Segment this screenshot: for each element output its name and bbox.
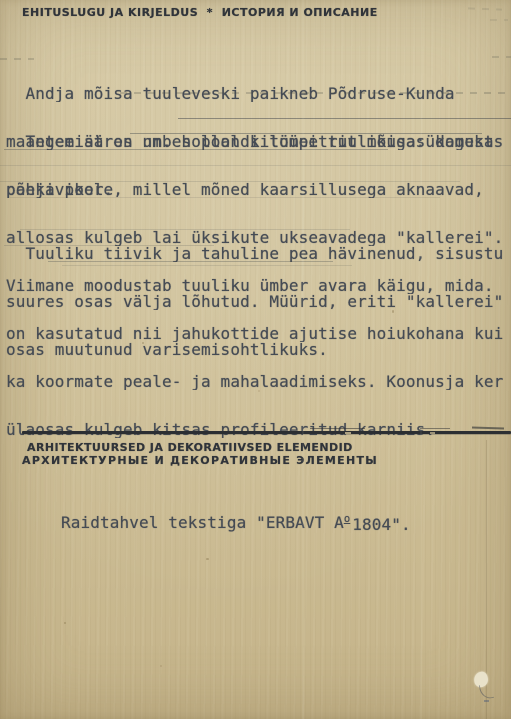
paper-speck: [160, 665, 162, 667]
pencil-marks: [468, 7, 502, 10]
typed-line: Andja mõisa tuuleveski paikneb Põdruse-K…: [6, 86, 494, 102]
ink-fleck: [484, 700, 489, 702]
faint-dashes: [492, 56, 511, 58]
section-header-arhitektuursed-ru: АРХИТЕКТУРНЫЕ И ДЕКОРАТИВНЫЕ ЭЛЕМЕНТЫ: [22, 454, 378, 467]
paper-speck: [64, 622, 66, 624]
inscription-year: 1804".: [352, 515, 411, 534]
typed-line: osas muutunud varisemisohtlikuks.: [6, 342, 503, 358]
inscription-text: Raidtahvel tekstiga "ERBAVT A: [61, 513, 344, 532]
paragraph-condition: Tuuliku tiivik ja tahuline pea hävinenud…: [6, 214, 503, 390]
pencil-curl-mark: [479, 683, 494, 700]
typed-line: paekivikere, millel mõned kaarsillusega …: [6, 182, 503, 198]
paper-speck: [206, 558, 209, 560]
typed-line: Tuuliku tiivik ja tahuline pea hävinenud…: [6, 246, 503, 262]
pencil-marks: [490, 19, 508, 21]
scanned-document: EHITUSLUGU JA KIRJELDUS * ИСТОРИЯ И ОПИС…: [0, 0, 511, 719]
typed-line: suures osas välja lõhutud. Müürid, eriti…: [6, 294, 503, 310]
anno-superscript: o: [344, 513, 350, 525]
section-header-arhitektuursed-et: ARHITEKTUURSED JA DEKORATIIVSED ELEMENDI…: [27, 441, 353, 454]
typed-line: ülaosas kulgeb kitsas profileeritud karn…: [6, 422, 503, 438]
paper-crease: [486, 440, 487, 719]
section-divider-rule: [22, 431, 511, 434]
paper-damage-spot: [472, 670, 489, 688]
typed-line: Tegemist on nn. hollandi tüüpi tuulikuga…: [6, 134, 503, 150]
section-header-ehituslugu: EHITUSLUGU JA KIRJELDUS * ИСТОРИЯ И ОПИС…: [22, 6, 378, 19]
inscription-line: Raidtahvel tekstiga "ERBAVT Ao1804".: [22, 495, 411, 547]
